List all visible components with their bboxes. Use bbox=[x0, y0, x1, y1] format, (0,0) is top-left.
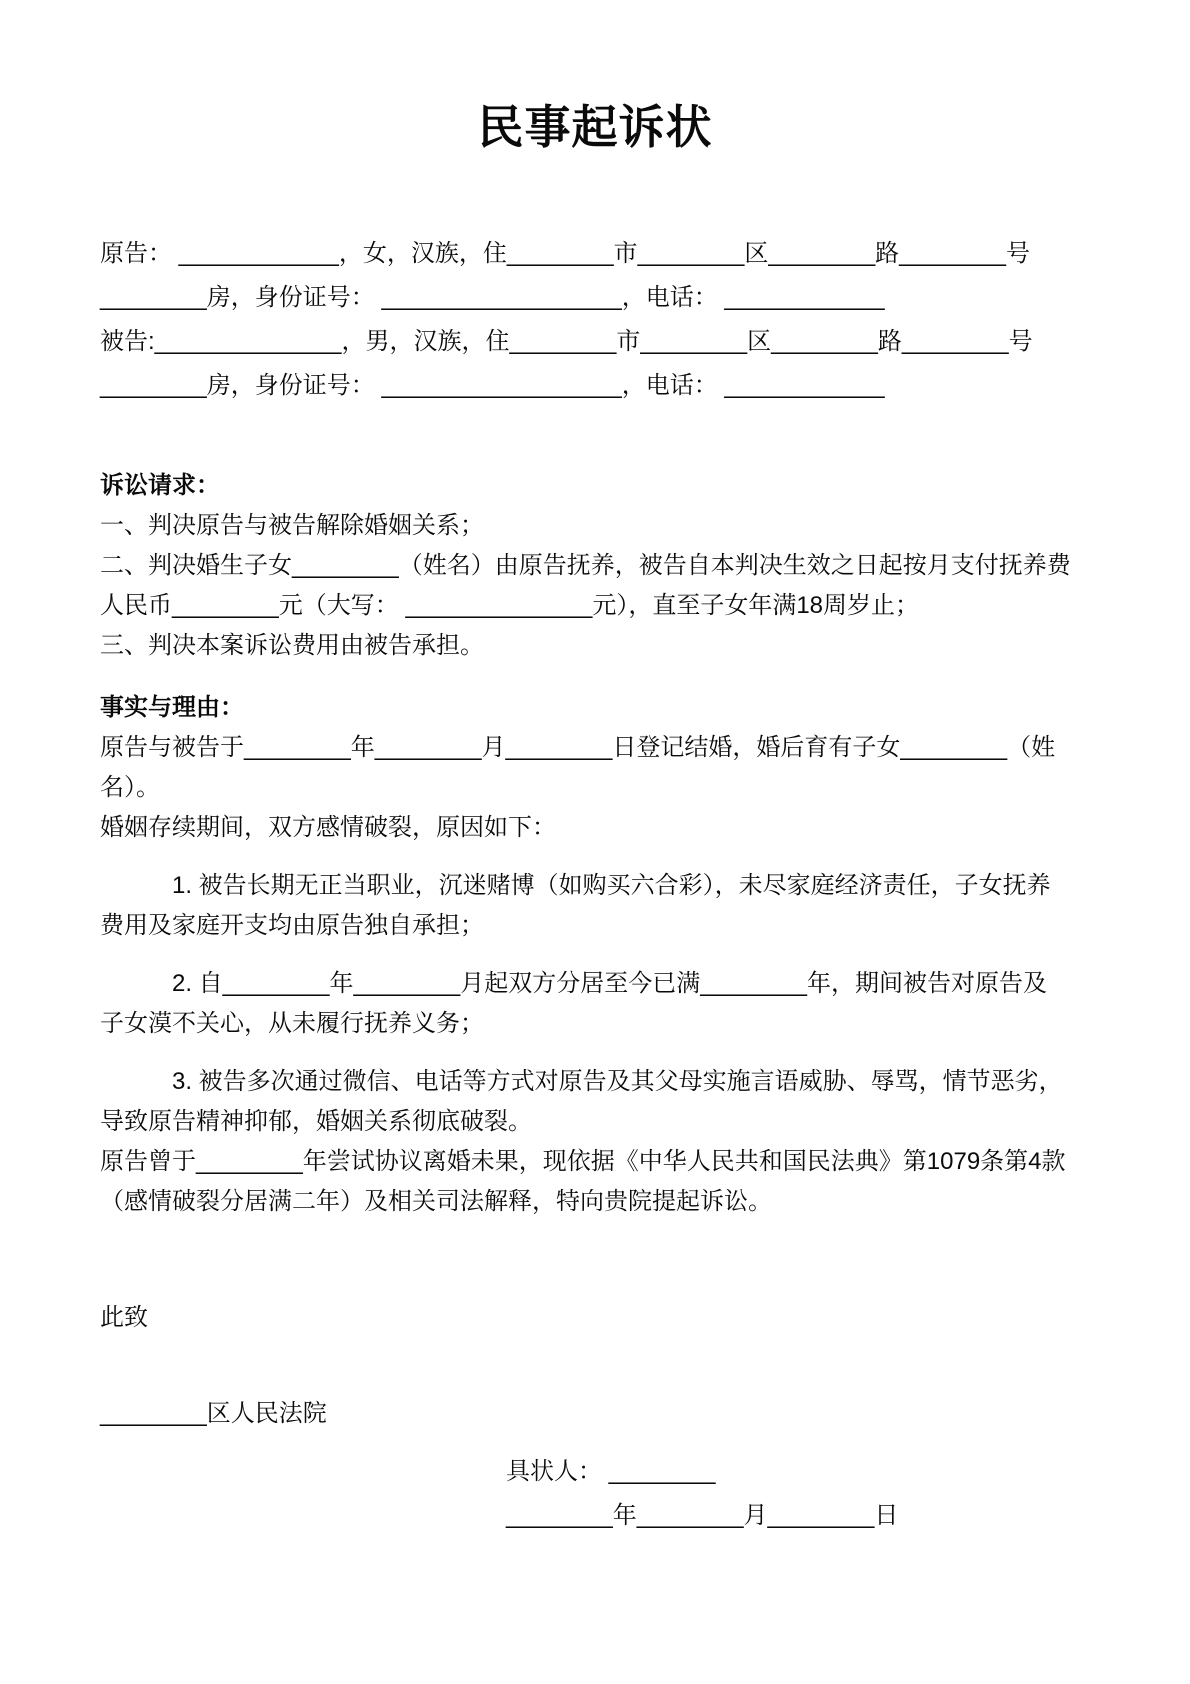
claim-item-2-continued: 人民币________元（大写： ______________元），直至子女年满… bbox=[100, 586, 1090, 626]
facts-intro-line-1: 原告与被告于________年________月________日登记结婚，婚后… bbox=[100, 728, 1090, 768]
court-line: ________区人民法院 bbox=[100, 1394, 1090, 1434]
claim-item-1: 一、判决原告与被告解除婚姻关系； bbox=[100, 506, 1090, 546]
salute-line: 此致 bbox=[100, 1298, 1090, 1338]
fact-item-3: 3. 被告多次通过微信、电话等方式对原告及其父母实施言语威胁、辱骂，情节恶劣， … bbox=[100, 1062, 1090, 1142]
defendant-info-line-1: 被告:______________，男，汉族，住________市_______… bbox=[100, 320, 1090, 364]
document-page: 民事起诉状 原告： ____________，女，汉族，住________市__… bbox=[0, 0, 1190, 1684]
facts-intro-line-2: 名）。 bbox=[100, 768, 1090, 808]
fact-item-2: 2. 自________年________月起双方分居至今已满________年… bbox=[100, 964, 1090, 1044]
fact-item-1-line-2: 费用及家庭开支均由原告独自承担； bbox=[100, 906, 1090, 946]
claim-item-3: 三、判决本案诉讼费用由被告承担。 bbox=[100, 626, 1090, 666]
facts-heading: 事实与理由： bbox=[100, 688, 1090, 728]
fact-item-2-line-1: 2. 自________年________月起双方分居至今已满________年… bbox=[100, 964, 1090, 1004]
claims-section: 诉讼请求： 一、判决原告与被告解除婚姻关系； 二、判决婚生子女________（… bbox=[100, 466, 1090, 666]
defendant-info-line-2: ________房，身份证号： __________________，电话： _… bbox=[100, 364, 1090, 408]
facts-section: 事实与理由： 原告与被告于________年________月________日… bbox=[100, 688, 1090, 1222]
facts-closing: 原告曾于________年尝试协议离婚未果，现依据《中华人民共和国民法典》第10… bbox=[100, 1142, 1090, 1222]
facts-closing-line-2: （感情破裂分居满二年）及相关司法解释，特向贵院提起诉讼。 bbox=[100, 1182, 1090, 1222]
claim-item-2: 二、判决婚生子女________（姓名）由原告抚养，被告自本判决生效之日起按月支… bbox=[100, 546, 1090, 586]
plaintiff-info-line-2: ________房，身份证号： __________________，电话： _… bbox=[100, 276, 1090, 320]
facts-intro-line-3: 婚姻存续期间，双方感情破裂，原因如下： bbox=[100, 808, 1090, 848]
facts-closing-line-1: 原告曾于________年尝试协议离婚未果，现依据《中华人民共和国民法典》第10… bbox=[100, 1142, 1090, 1182]
date-line: ________年________月________日 bbox=[506, 1494, 1090, 1538]
fact-item-1-line-1: 1. 被告长期无正当职业，沉迷赌博（如购买六合彩），未尽家庭经济责任，子女抚养 bbox=[100, 866, 1090, 906]
signature-block: 具状人： ________ ________年________月________… bbox=[506, 1450, 1090, 1538]
signer-line: 具状人： ________ bbox=[506, 1450, 1090, 1494]
fact-item-1: 1. 被告长期无正当职业，沉迷赌博（如购买六合彩），未尽家庭经济责任，子女抚养 … bbox=[100, 866, 1090, 946]
parties-section: 原告： ____________，女，汉族，住________市________… bbox=[100, 232, 1090, 408]
plaintiff-info-line-1: 原告： ____________，女，汉族，住________市________… bbox=[100, 232, 1090, 276]
document-title: 民事起诉状 bbox=[100, 100, 1090, 154]
fact-item-2-line-2: 子女漠不关心，从未履行抚养义务； bbox=[100, 1004, 1090, 1044]
fact-item-3-line-1: 3. 被告多次通过微信、电话等方式对原告及其父母实施言语威胁、辱骂，情节恶劣， bbox=[100, 1062, 1090, 1102]
claims-heading: 诉讼请求： bbox=[100, 466, 1090, 506]
fact-item-3-line-2: 导致原告精神抑郁，婚姻关系彻底破裂。 bbox=[100, 1102, 1090, 1142]
